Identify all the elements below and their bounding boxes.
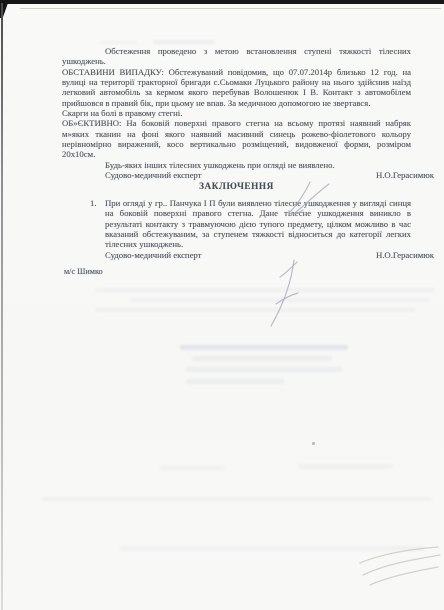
circumstances-paragraph: ОБСТАВИНИ ВИПАДКУ: Обстежуваний повідоми… — [62, 67, 411, 108]
scan-edge-top — [0, 0, 444, 4]
scan-speck — [312, 442, 315, 445]
nurse-note: м/с Шимко — [64, 267, 411, 277]
expert-signature-1 — [283, 177, 335, 217]
intro-paragraph: Обстеження проведено з метою встановленн… — [62, 46, 411, 67]
expert-signature-row-2: Судово-медичний експерт Н.О.Герасимюк — [62, 250, 434, 260]
bleedthrough-text-line — [186, 367, 342, 372]
expert-label-2: Судово-медичний експерт — [105, 250, 201, 260]
scan-edge-left — [1, 3, 3, 610]
conclusion-item-text: При огляді у гр.. Панчука І П були виявл… — [105, 198, 411, 250]
objective-label: ОБ»ЄКТИВНО: — [62, 118, 121, 128]
expert-name-2: Н.О.Герасимюк — [376, 250, 434, 260]
bleedthrough-text-line — [95, 288, 435, 292]
expert-signature-row-1: Судово-медичний експерт Н.О.Герасимюк — [62, 170, 434, 180]
expert-label-1: Судово-медичний експерт — [105, 170, 201, 180]
conclusion-item: 1. При огляді у гр.. Панчука І П були ви… — [62, 198, 411, 250]
objective-paragraph: ОБ»ЄКТИВНО: На боковій поверхні правого … — [62, 118, 411, 159]
complaints-line: Скарги на болі в правому стегні. — [62, 108, 411, 118]
bleedthrough-text-line — [130, 298, 430, 302]
conclusion-item-number: 1. — [90, 198, 97, 208]
bleedthrough-text-line — [160, 466, 225, 470]
scan-smudge — [100, 41, 138, 44]
paper-top-shadow-line — [20, 8, 441, 9]
no-other-injuries-line: Будь-яких інших тілесних ушкоджень при о… — [62, 160, 411, 170]
conclusion-heading: ЗАКЛЮЧЕННЯ — [62, 181, 411, 191]
pencil-scribble — [358, 545, 442, 593]
expert-signature-2 — [263, 258, 313, 330]
expert-name-1: Н.О.Герасимюк — [376, 170, 434, 180]
bleedthrough-text-line — [192, 356, 332, 361]
bleedthrough-text-line — [186, 379, 284, 384]
scan-smudge — [153, 40, 215, 44]
bleedthrough-text-line — [298, 464, 393, 469]
bleedthrough-text-line — [180, 345, 348, 350]
document-body: Обстеження проведено з метою встановленн… — [62, 46, 411, 277]
circumstances-label: ОБСТАВИНИ ВИПАДКУ: — [62, 67, 164, 77]
bleedthrough-text-line — [95, 308, 415, 312]
bleedthrough-text-line — [42, 497, 432, 501]
